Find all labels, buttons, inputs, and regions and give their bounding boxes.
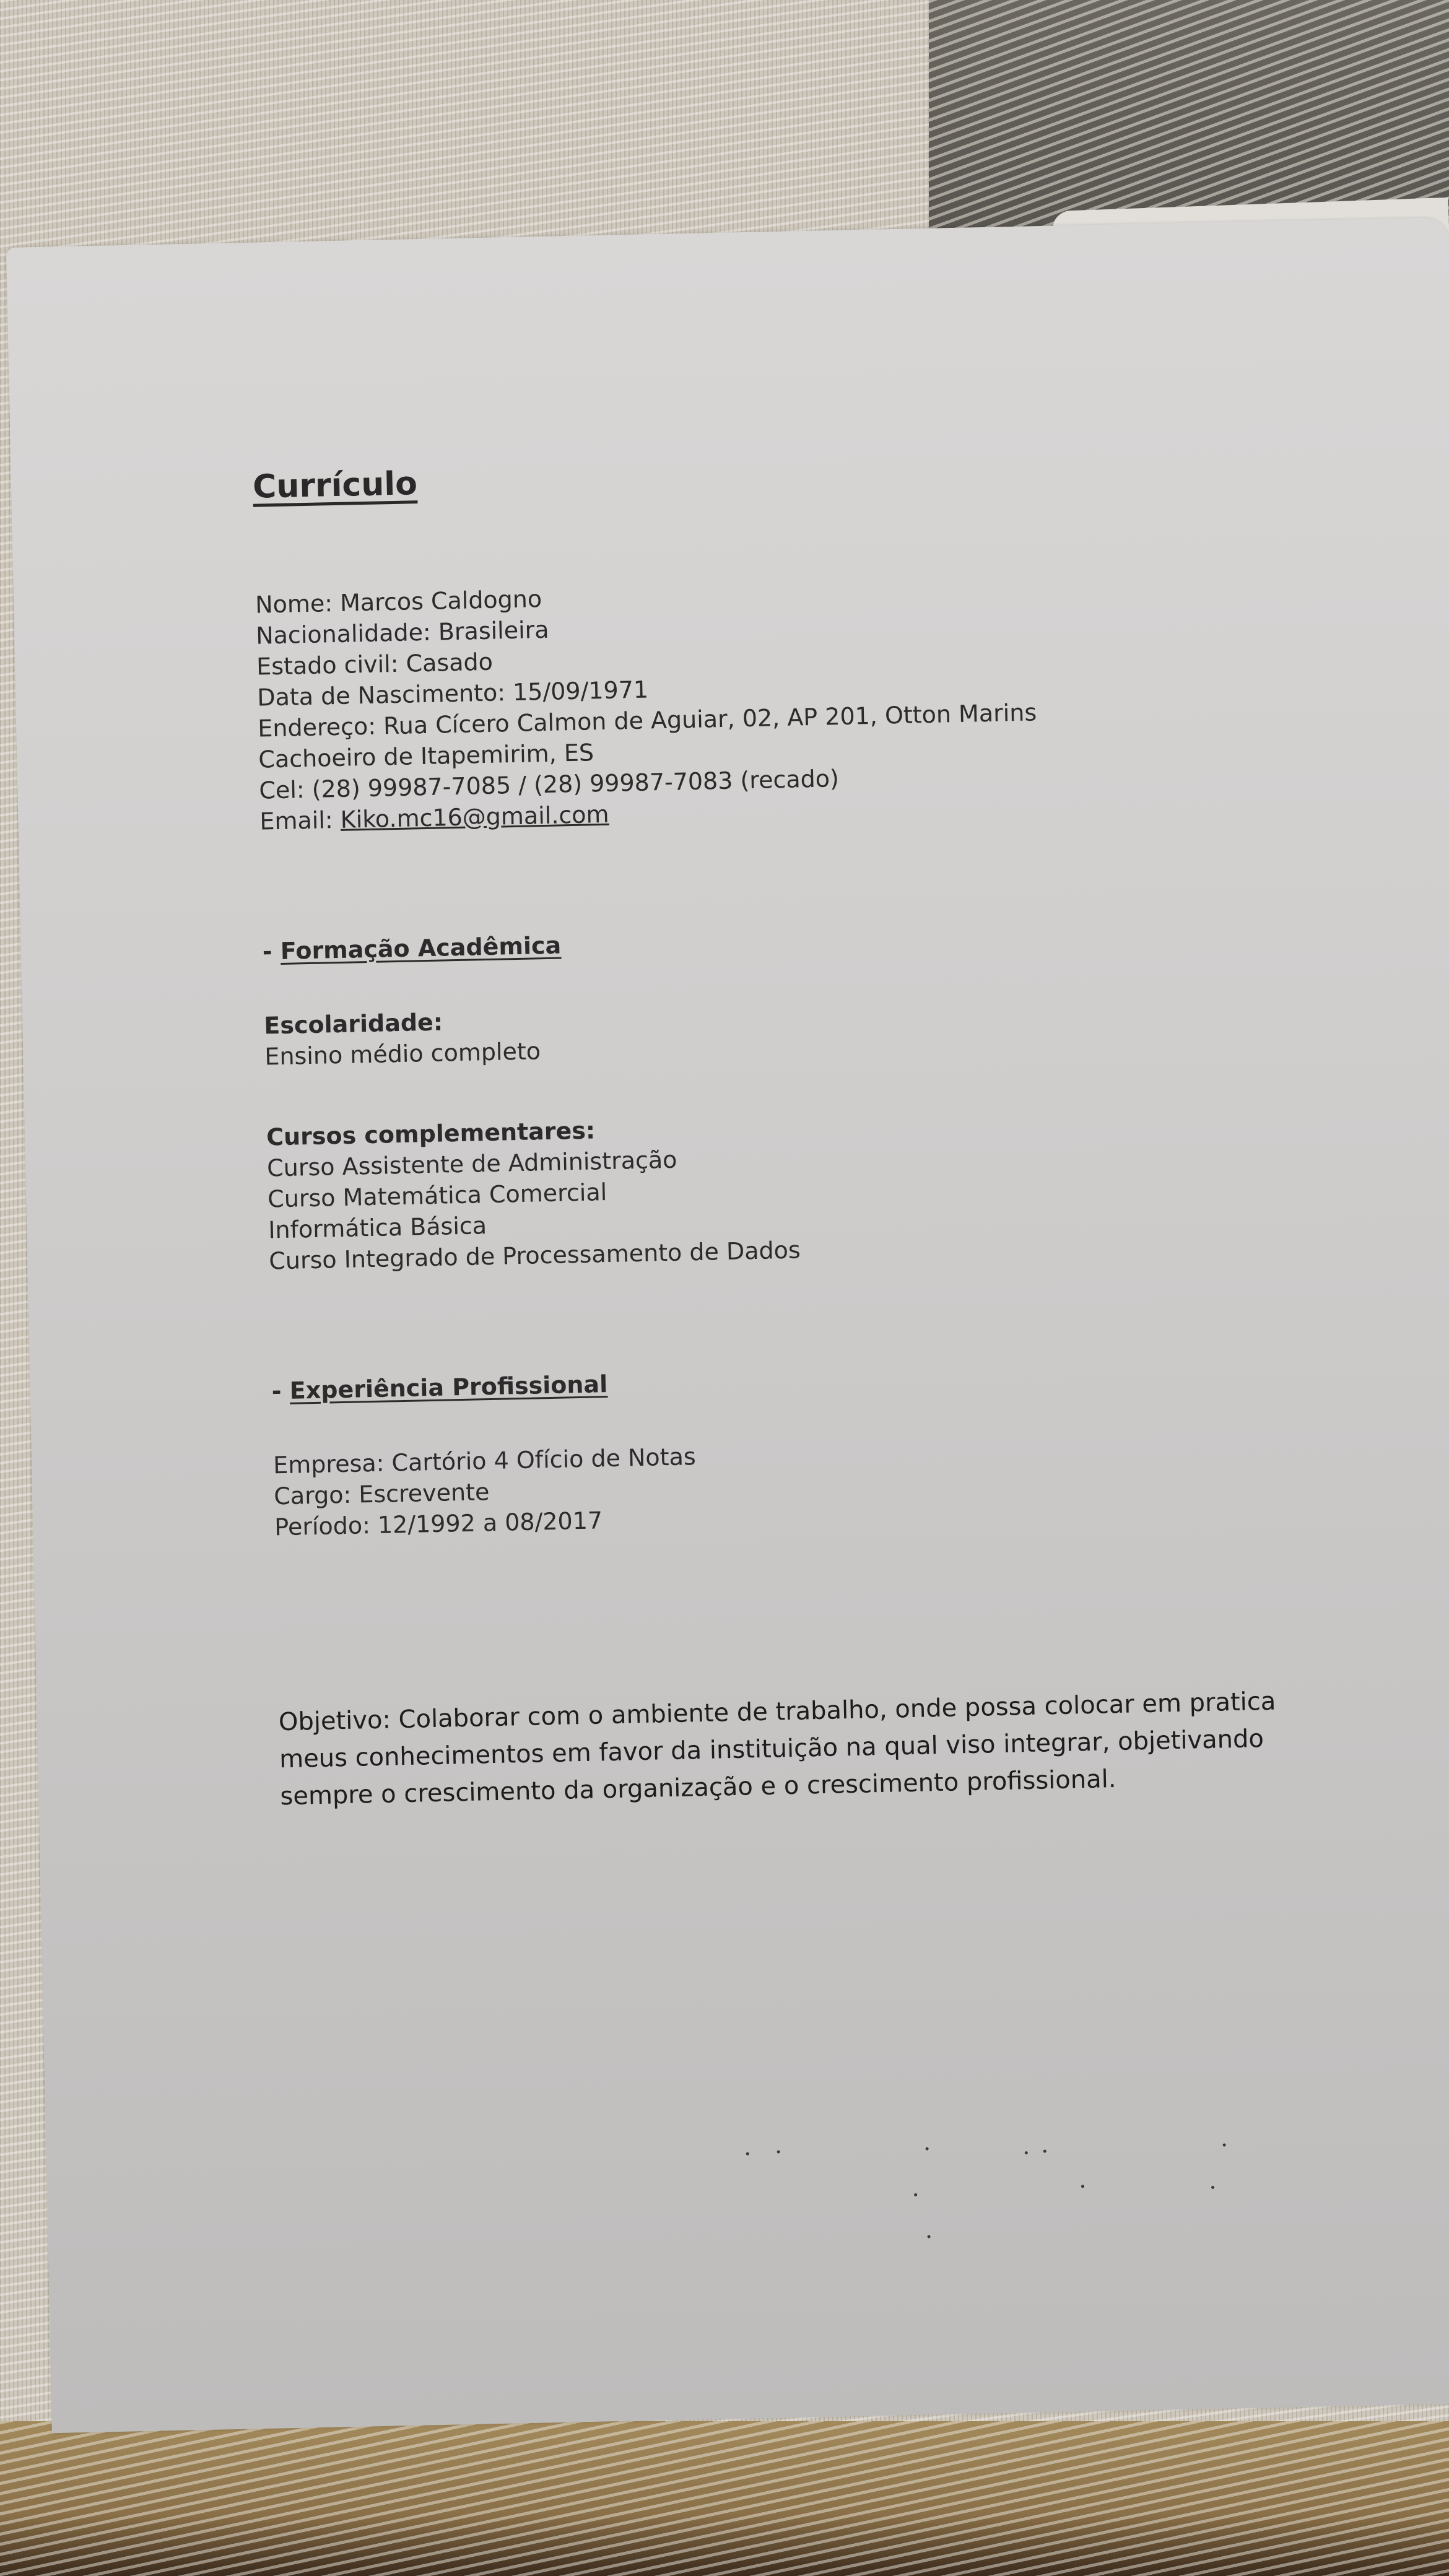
education-heading-prefix: - [262, 938, 281, 965]
experience-heading: - Experiência Profissional [271, 1354, 1325, 1407]
email-link[interactable]: Kiko.mc16@gmail.com [340, 801, 609, 833]
email-label: Email: [259, 806, 341, 835]
document-title: Currículo [253, 450, 1306, 503]
background-floor [0, 2421, 1449, 2576]
experience-heading-prefix: - [271, 1377, 290, 1405]
objective-paragraph: Objetivo: Colaborar com o ambiente de tr… [278, 1682, 1320, 1815]
resume-content: Currículo Nome: Marcos Caldogno Nacional… [253, 450, 1333, 1815]
education-heading-text: Formação Acadêmica [280, 931, 561, 964]
resume-page: Currículo Nome: Marcos Caldogno Nacional… [6, 217, 1449, 2433]
education-heading: - Formação Acadêmica [262, 914, 1315, 967]
personal-info: Nome: Marcos Caldogno Nacionalidade: Bra… [255, 567, 1313, 837]
print-specks [727, 2115, 1349, 2252]
experience-heading-text: Experiência Profissional [289, 1370, 607, 1404]
